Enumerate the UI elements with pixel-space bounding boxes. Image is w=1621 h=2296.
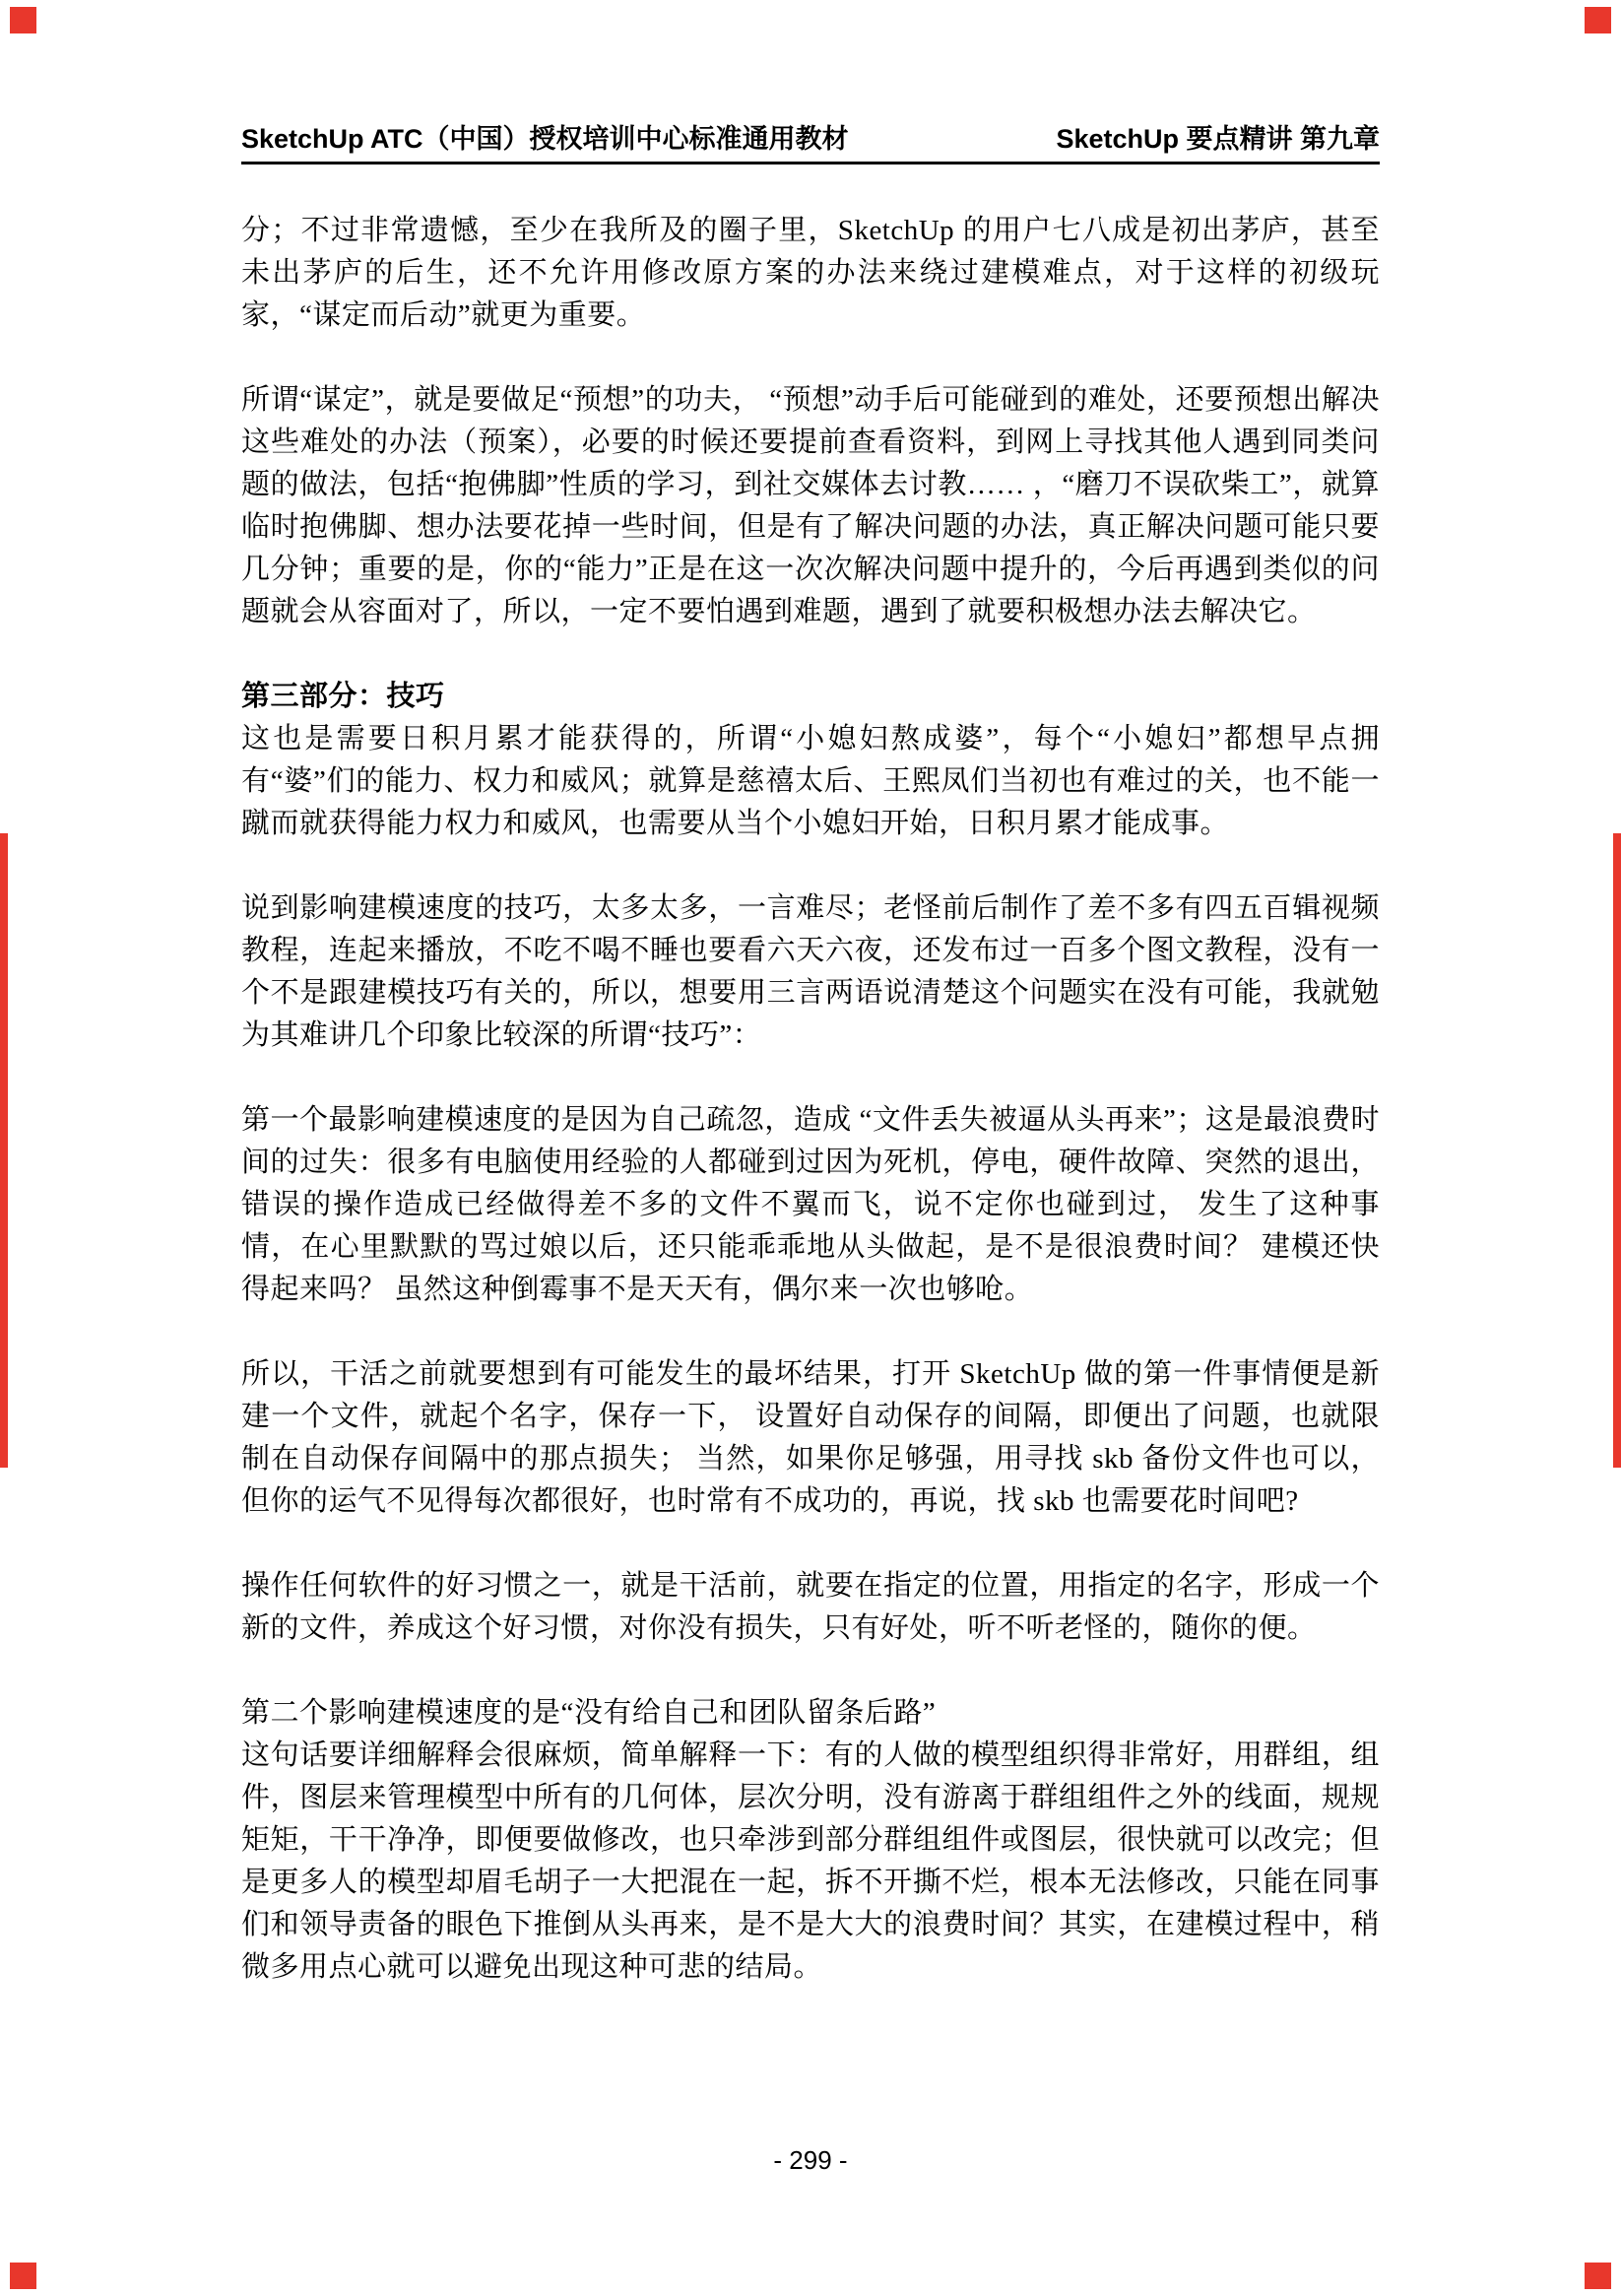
paragraph: 所谓“谋定”，就是要做足“预想”的功夫， “预想”动手后可能碰到的难处，还要预想… [241,379,1380,633]
document-page: SketchUp ATC（中国）授权培训中心标准通用教材 SketchUp 要点… [0,0,1621,2296]
section-heading: 第三部分：技巧 [241,676,1380,718]
paragraph: 第一个最影响建模速度的是因为自己疏忽，造成 “文件丢失被逼从头再来”；这是最浪费… [241,1099,1380,1311]
page-header: SketchUp ATC（中国）授权培训中心标准通用教材 SketchUp 要点… [241,122,1380,156]
header-right-title: SketchUp 要点精讲 第九章 [1056,122,1380,156]
header-left-title: SketchUp ATC（中国）授权培训中心标准通用教材 [241,122,849,156]
paragraph: 分；不过非常遗憾，至少在我所及的圈子里，SketchUp 的用户七八成是初出茅庐… [241,210,1380,337]
header-rule [241,162,1380,164]
registration-mark-bottom-right [1585,2263,1611,2289]
paragraph: 说到影响建模速度的技巧，太多太多，一言难尽；老怪前后制作了差不多有四五百辑视频教… [241,887,1380,1057]
document-body: 分；不过非常遗憾，至少在我所及的圈子里，SketchUp 的用户七八成是初出茅庐… [241,210,1380,1989]
registration-mark-left-edge [0,833,8,1468]
registration-mark-bottom-left [10,2263,36,2289]
page-number: - 299 - [0,2145,1621,2176]
paragraph: 操作任何软件的好习惯之一，就是干活前，就要在指定的位置，用指定的名字，形成一个新… [241,1565,1380,1650]
paragraph: 所以，干活之前就要想到有可能发生的最坏结果，打开 SketchUp 做的第一件事… [241,1353,1380,1523]
registration-mark-top-left [10,7,36,33]
registration-mark-top-right [1585,7,1611,33]
paragraph: 这也是需要日积月累才能获得的，所谓“小媳妇熬成婆”，每个“小媳妇”都想早点拥有“… [241,718,1380,845]
paragraph: 这句话要详细解释会很麻烦，简单解释一下：有的人做的模型组织得非常好，用群组，组件… [241,1735,1380,1989]
registration-mark-right-edge [1613,833,1621,1468]
paragraph-lead-line: 第二个影响建模速度的是“没有给自己和团队留条后路” [241,1692,1380,1735]
